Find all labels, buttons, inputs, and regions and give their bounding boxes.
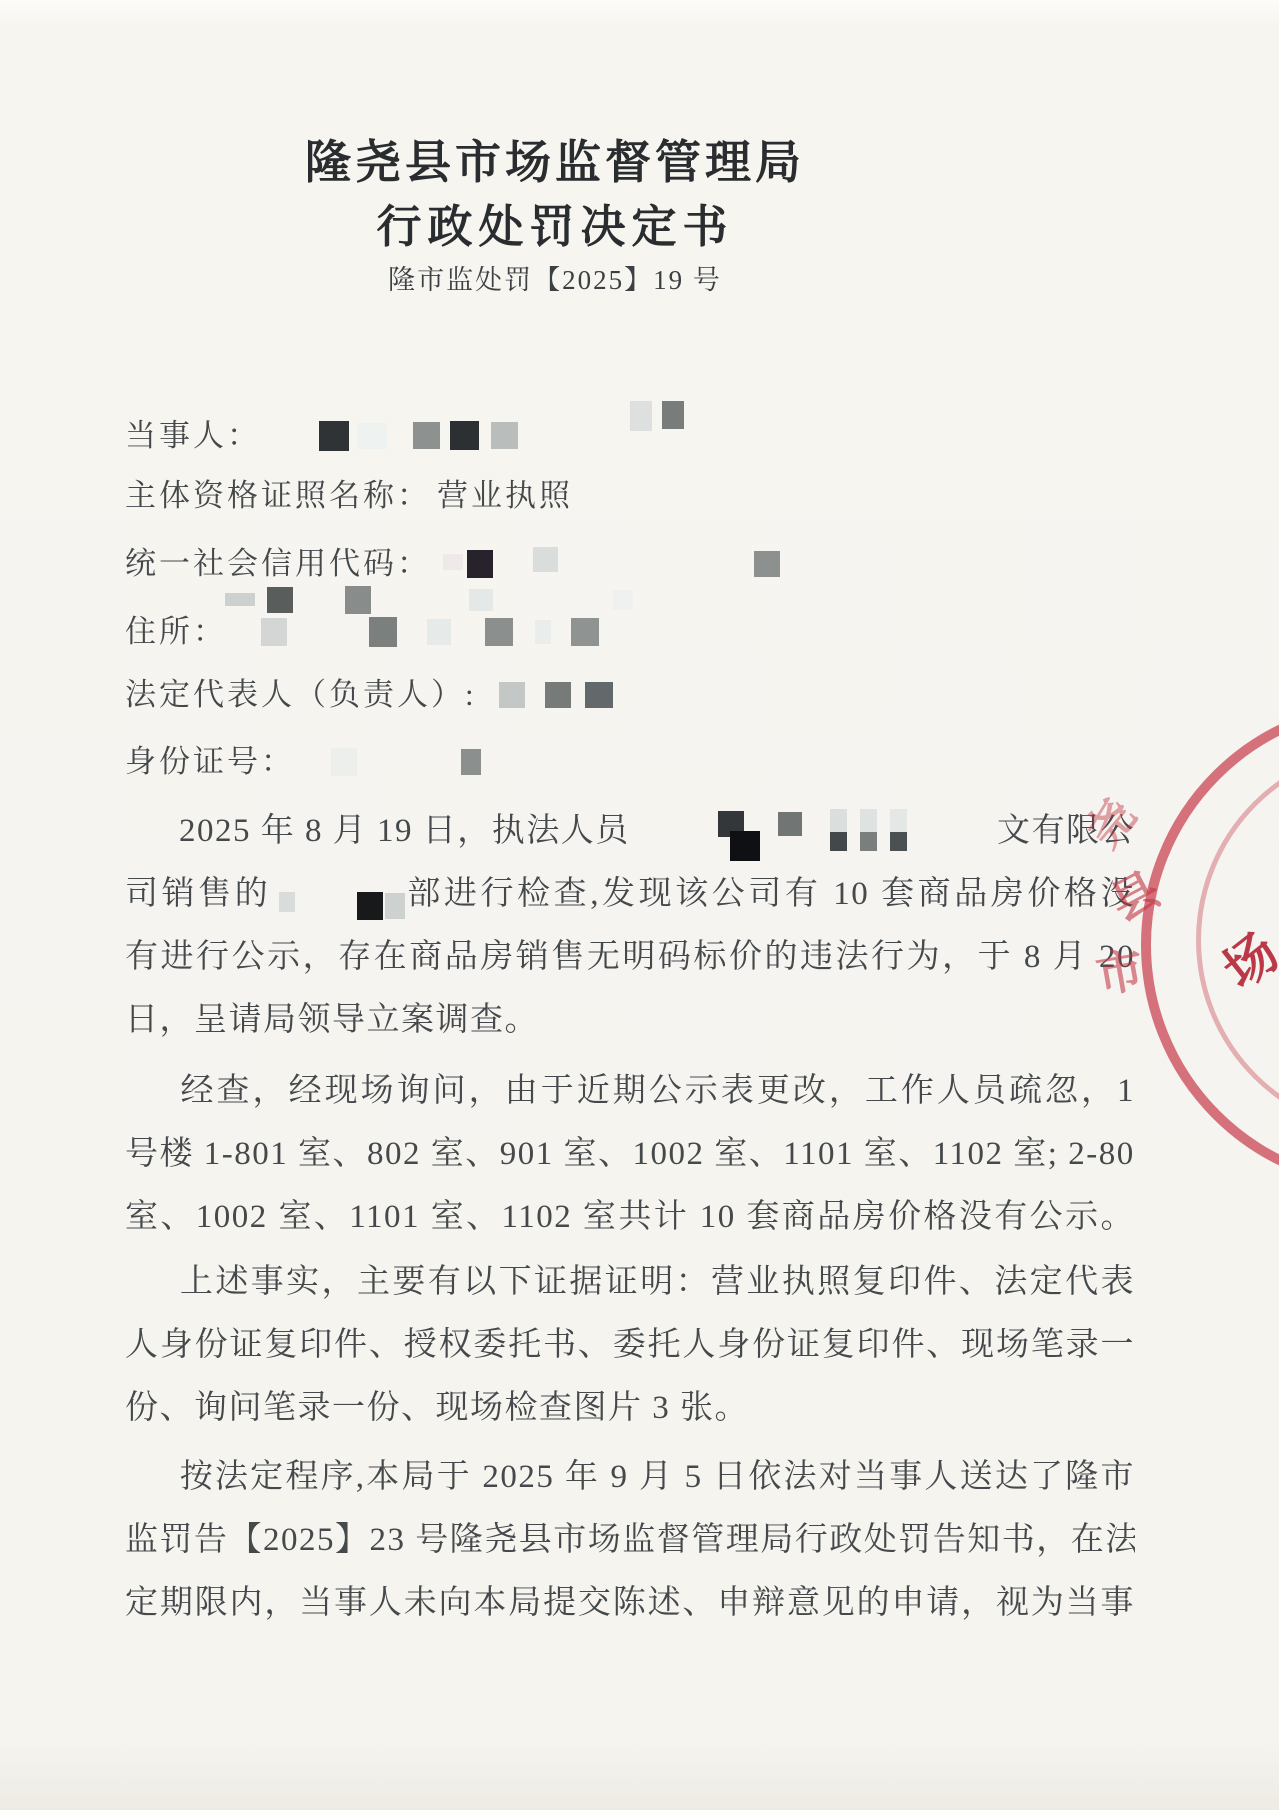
field-label: 主体资格证照名称： [125, 473, 431, 519]
spacer [630, 831, 718, 832]
body-text: 上述事实，主要有以下证据证明：营业执照复印件、法定代表 [179, 1264, 1135, 1300]
field-row-party: 当事人： [125, 410, 1155, 456]
document-number: 隆市监处罚【2025】19 号 [0, 258, 1110, 297]
redaction-block [571, 618, 599, 646]
redaction-block [499, 682, 525, 708]
body-text: 2025 年 8 月 19 日，执法人员 [179, 800, 630, 863]
field-label: 住所： [125, 609, 227, 655]
body-text: 部进行检查,发现该公司有 10 套商品房价格没 [405, 876, 1135, 912]
redaction-block [830, 809, 847, 851]
body-text: 监罚告【2025】23 号隆尧县市场监督管理局行政处罚告知书，在法 [125, 1522, 1135, 1558]
redaction-block [279, 892, 295, 912]
body-line: 号楼 1-801 室、802 室、901 室、1002 室、1101 室、110… [125, 1123, 1135, 1186]
redaction-block [443, 554, 463, 570]
paragraph-evidence: 上述事实，主要有以下证据证明：营业执照复印件、法定代表人身份证复印件、授权委托书… [125, 1251, 1135, 1440]
redaction-block [319, 421, 349, 451]
field-row-credit-code: 统一社会信用代码： [125, 538, 1155, 584]
body-line: 按法定程序,本局于 2025 年 9 月 5 日依法对当事人送达了隆市 [125, 1446, 1135, 1509]
body-text: 人身份证复印件、授权委托书、委托人身份证复印件、现场笔录一 [125, 1327, 1135, 1363]
body-line: 2025 年 8 月 19 日，执法人员文有限公 [125, 800, 1135, 863]
body-text: 号楼 1-801 室、802 室、901 室、1002 室、1101 室、110… [125, 1136, 1135, 1172]
field-label: 法定代表人（负责人）: [125, 672, 477, 718]
body-text: 定期限内，当事人未向本局提交陈述、申辩意见的申请，视为当事 [125, 1585, 1135, 1621]
field-row-legal-representative: 法定代表人（负责人）: [125, 669, 1155, 715]
redaction-block [585, 682, 613, 708]
spacer [125, 1291, 179, 1292]
body-text: 司销售的 [125, 876, 271, 912]
body-text: 室、1002 室、1101 室、1102 室共计 10 套商品房价格没有公示。 [125, 1199, 1135, 1235]
field-value: 营业执照 [437, 473, 573, 519]
redaction-block [754, 551, 780, 577]
body-line: 上述事实，主要有以下证据证明：营业执照复印件、法定代表 [125, 1251, 1135, 1314]
body-line: 定期限内，当事人未向本局提交陈述、申辩意见的申请，视为当事 [125, 1572, 1135, 1635]
body-text: 经查，经现场询问，由于近期公示表更改，工作人员疏忽，1 [179, 1073, 1135, 1109]
body-line: 司销售的部进行检查,发现该公司有 10 套商品房价格没 [125, 863, 1135, 926]
redaction-block [778, 812, 802, 836]
spacer [125, 831, 179, 832]
body-line: 室、1002 室、1101 室、1102 室共计 10 套商品房价格没有公示。 [125, 1186, 1135, 1249]
redaction-block [427, 619, 451, 645]
paragraph-inspection: 2025 年 8 月 19 日，执法人员文有限公司销售的部进行检查,发现该公司有… [125, 800, 1135, 1052]
redaction-block [331, 748, 357, 776]
body-text: 按法定程序,本局于 2025 年 9 月 5 日依法对当事人送达了隆市 [179, 1459, 1135, 1495]
redaction-block [535, 620, 551, 644]
body-line: 有进行公示，存在商品房销售无明码标价的违法行为，于 8 月 20 [125, 926, 1135, 989]
redaction-block [450, 421, 479, 450]
redaction-block [890, 809, 907, 851]
body-text: 有进行公示，存在商品房销售无明码标价的违法行为，于 8 月 20 [125, 939, 1135, 975]
redaction-block [491, 422, 518, 449]
redaction-block [369, 617, 397, 647]
body-line: 人身份证复印件、授权委托书、委托人身份证复印件、现场笔录一 [125, 1314, 1135, 1377]
paragraph-findings: 经查，经现场询问，由于近期公示表更改，工作人员疏忽，1号楼 1-801 室、80… [125, 1060, 1135, 1249]
redaction-block [485, 618, 513, 646]
redaction-block [261, 618, 287, 646]
redaction-block [461, 749, 481, 775]
document-title-line2: 行政处罚决定书 [0, 190, 1110, 255]
field-row-id-number: 身份证号： [125, 736, 1155, 782]
redaction-block [357, 423, 387, 449]
field-label: 当事人： [125, 413, 261, 459]
spacer [125, 1100, 179, 1101]
body-line: 份、询问笔录一份、现场检查图片 3 张。 [125, 1377, 1135, 1440]
redaction-block [533, 547, 558, 572]
field-row-license-name: 主体资格证照名称：营业执照 [125, 470, 1155, 516]
field-row-address: 住所： [125, 606, 1155, 652]
body-line: 监罚告【2025】23 号隆尧县市场监督管理局行政处罚告知书，在法 [125, 1509, 1135, 1572]
redaction-block [385, 893, 405, 919]
redaction-block [545, 682, 571, 708]
body-line: 日，呈请局领导立案调查。 [125, 989, 1135, 1052]
redaction-block [730, 831, 760, 861]
spacer [125, 1486, 179, 1487]
redaction-block [860, 809, 877, 851]
redaction-block [413, 422, 440, 449]
body-line: 经查，经现场询问，由于近期公示表更改，工作人员疏忽，1 [125, 1060, 1135, 1123]
redaction-block [630, 401, 652, 431]
field-label: 身份证号： [125, 739, 295, 785]
paragraph-procedure: 按法定程序,本局于 2025 年 9 月 5 日依法对当事人送达了隆市监罚告【2… [125, 1446, 1135, 1635]
redaction-subrow [125, 574, 633, 604]
document-page: 隆尧县市场监督管理局 行政处罚决定书 隆市监处罚【2025】19 号 当事人： … [0, 0, 1279, 1810]
redaction-block [225, 593, 255, 606]
redaction-block [357, 892, 383, 920]
body-text: 份、询问笔录一份、现场检查图片 3 张。 [125, 1390, 749, 1426]
official-seal-character: 市 [1091, 932, 1149, 1006]
body-text: 日，呈请局领导立案调查。 [125, 1002, 539, 1038]
document-title-line1: 隆尧县市场监督管理局 [0, 126, 1110, 192]
redaction-block [662, 401, 684, 429]
